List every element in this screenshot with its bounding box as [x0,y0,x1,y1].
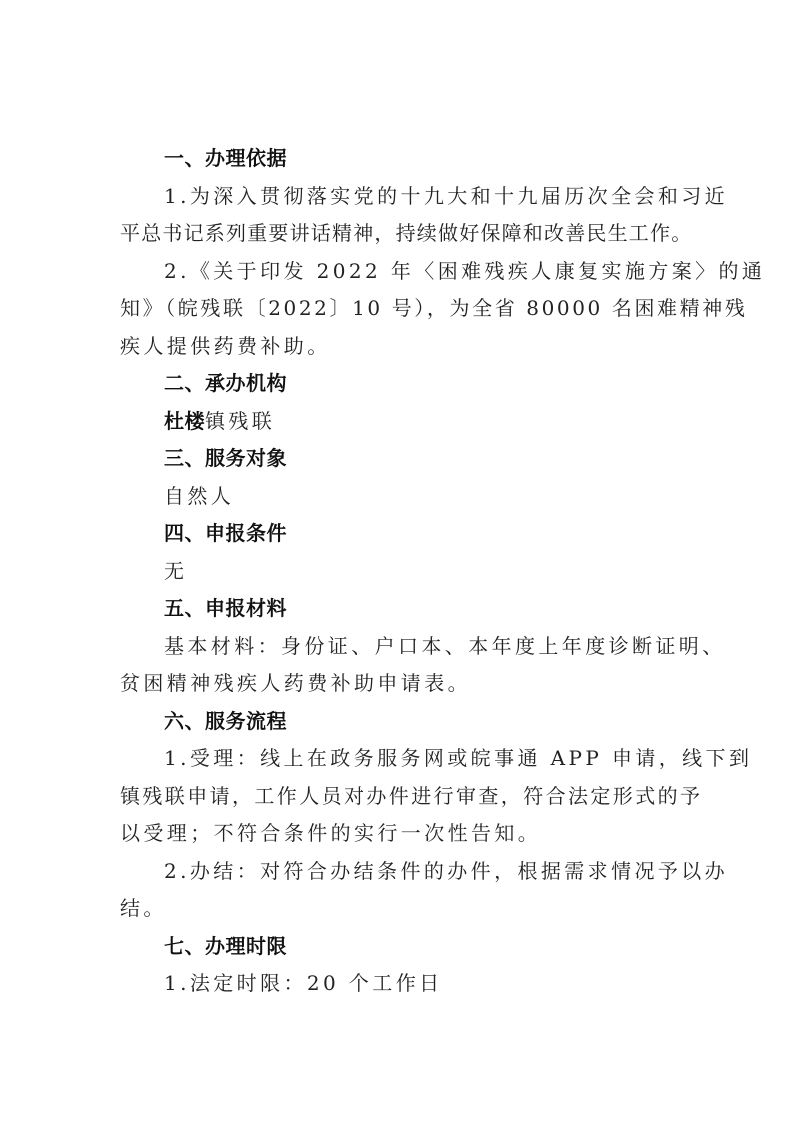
organization-town: 杜楼 [164,409,205,433]
document-page: 一、办理依据 1.为深入贯彻落实党的十九大和十九届历次全会和习近 平总书记系列重… [120,140,676,1003]
organization-name: 杜楼镇残联 [120,403,676,441]
paragraph-line: 镇残联申请，工作人员对办件进行审查，符合法定形式的予 [120,778,676,816]
paragraph-line: 贫困精神残疾人药费补助申请表。 [120,665,676,703]
paragraph-line: 1.为深入贯彻落实党的十九大和十九届历次全会和习近 [120,178,676,216]
paragraph-line: 2.《关于印发 2022 年〈困难残疾人康复实施方案〉的通 [120,253,676,291]
paragraph-line: 结。 [120,890,676,928]
paragraph-line: 1.受理：线上在政务服务网或皖事通 APP 申请，线下到 [120,740,676,778]
section-heading-service-target: 三、服务对象 [120,440,676,478]
paragraph-line: 1.法定时限：20 个工作日 [120,965,676,1003]
section-heading-organization: 二、承办机构 [120,365,676,403]
paragraph-line: 疾人提供药费补助。 [120,328,676,366]
section-heading-process: 六、服务流程 [120,703,676,741]
paragraph-line: 平总书记系列重要讲话精神，持续做好保障和改善民生工作。 [120,215,676,253]
organization-unit: 镇残联 [205,409,275,433]
service-target-text: 自然人 [120,478,676,516]
section-heading-time-limit: 七、办理时限 [120,928,676,966]
paragraph-line: 基本材料：身份证、户口本、本年度上年度诊断证明、 [120,628,676,666]
section-heading-materials: 五、申报材料 [120,590,676,628]
section-heading-basis: 一、办理依据 [120,140,676,178]
section-heading-conditions: 四、申报条件 [120,515,676,553]
conditions-text: 无 [120,553,676,591]
paragraph-line: 以受理；不符合条件的实行一次性告知。 [120,815,676,853]
paragraph-line: 2.办结：对符合办结条件的办件，根据需求情况予以办 [120,853,676,891]
paragraph-line: 知》（皖残联〔2022〕10 号），为全省 80000 名困难精神残 [120,290,676,328]
